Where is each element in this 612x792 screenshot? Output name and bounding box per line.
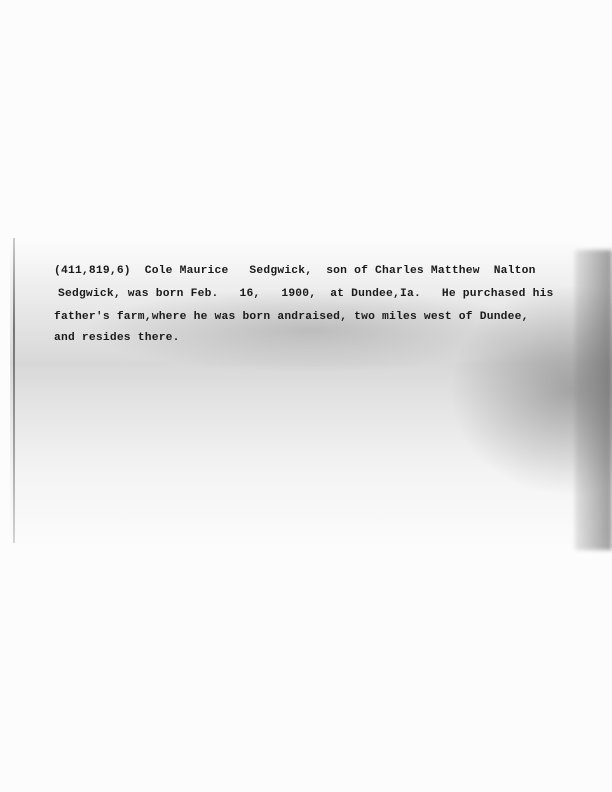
page-margin-line bbox=[13, 238, 15, 543]
paragraph-line: Sedgwick, was born Feb. 16, 1900, at Dun… bbox=[54, 283, 594, 306]
paragraph-line: father's farm,where he was born andraise… bbox=[54, 306, 594, 329]
biography-paragraph: (411,819,6) Cole Maurice Sedgwick, son o… bbox=[54, 260, 594, 347]
scanned-page: (411,819,6) Cole Maurice Sedgwick, son o… bbox=[0, 0, 612, 792]
paragraph-line: (411,819,6) Cole Maurice Sedgwick, son o… bbox=[54, 260, 594, 283]
paragraph-line: and resides there. bbox=[54, 329, 594, 347]
